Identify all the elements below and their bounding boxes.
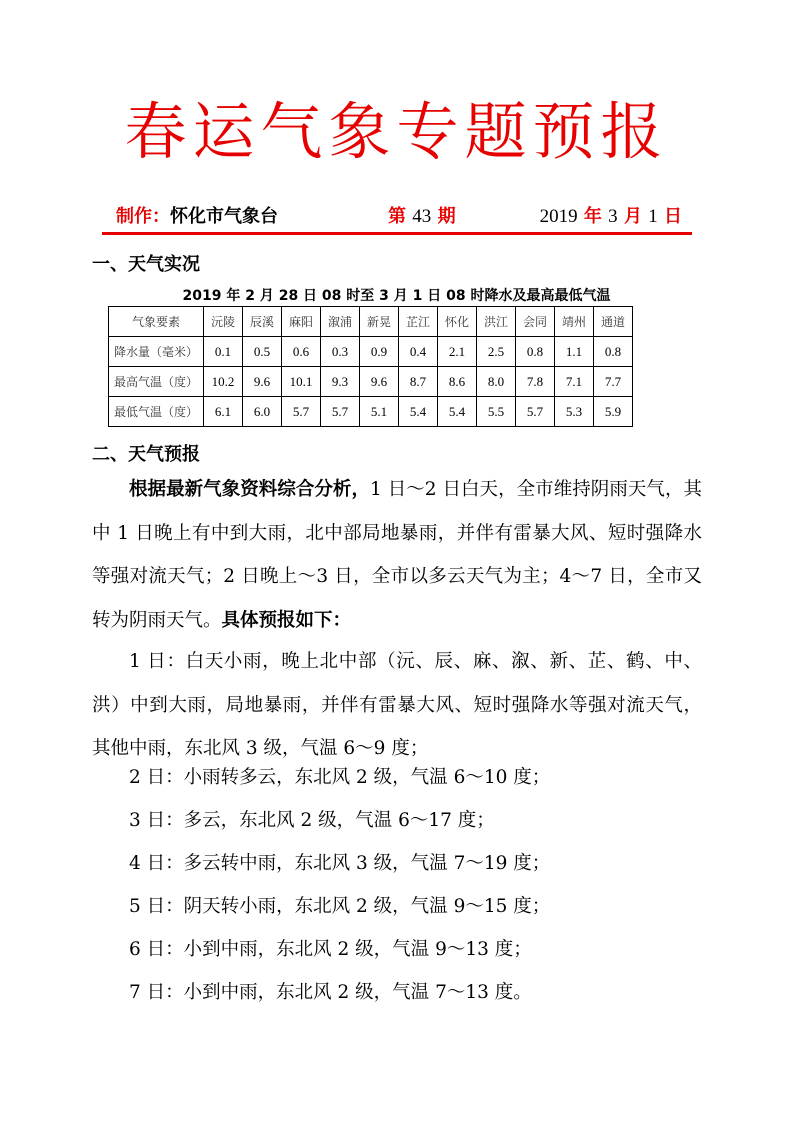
producer-name: 怀化市气象台 (170, 206, 278, 227)
value-cell: 7.1 (555, 367, 594, 397)
value-cell: 5.7 (282, 397, 321, 427)
producer: 制作：怀化市气象台 (116, 202, 278, 228)
station-cell: 洪江 (477, 307, 516, 337)
forecast-day-1: 1 日：白天小雨，晚上北中部（沅、辰、麻、溆、新、芷、鹤、中、洪）中到大雨，局地… (92, 640, 702, 771)
value-cell: 5.7 (321, 397, 360, 427)
value-cell: 9.6 (360, 367, 399, 397)
value-cell: 5.4 (399, 397, 438, 427)
value-cell: 5.7 (516, 397, 555, 427)
table-header-row: 气象要素 沅陵 辰溪 麻阳 溆浦 新晃 芷江 怀化 洪江 会同 靖州 通道 (109, 307, 633, 337)
producer-label: 制作： (116, 206, 170, 227)
row-label: 最低气温（度） (109, 397, 204, 427)
issue-value: 43 (412, 206, 431, 227)
date-day: 1 (648, 206, 658, 227)
value-cell: 8.7 (399, 367, 438, 397)
date-day-unit: 日 (664, 206, 682, 227)
station-cell: 靖州 (555, 307, 594, 337)
row-label: 降水量（毫米） (109, 337, 204, 367)
forecast-day-6: 6 日：小到中雨，东北风 2 级，气温 9～13 度； (129, 935, 532, 961)
forecast-day-3: 3 日：多云，东北风 2 级，气温 6～17 度； (129, 806, 495, 832)
header-cell: 气象要素 (109, 307, 204, 337)
station-cell: 新晃 (360, 307, 399, 337)
summary-tail: 具体预报如下： (222, 610, 352, 631)
forecast-day-4: 4 日：多云转中雨，东北风 3 级，气温 7～19 度； (129, 849, 550, 875)
issue-suffix: 期 (438, 206, 456, 227)
value-cell: 6.0 (243, 397, 282, 427)
value-cell: 0.5 (243, 337, 282, 367)
value-cell: 0.9 (360, 337, 399, 367)
station-cell: 会同 (516, 307, 555, 337)
document-title: 春运气象专题预报 (0, 92, 793, 172)
header-divider (102, 232, 692, 235)
station-cell: 芷江 (399, 307, 438, 337)
station-cell: 怀化 (438, 307, 477, 337)
issue-prefix: 第 (388, 206, 406, 227)
summary-lead: 根据最新气象资料综合分析， (129, 479, 370, 500)
row-label: 最高气温（度） (109, 367, 204, 397)
date-year-unit: 年 (584, 206, 602, 227)
value-cell: 0.8 (516, 337, 555, 367)
value-cell: 0.6 (282, 337, 321, 367)
forecast-day-2: 2 日：小雨转多云，东北风 2 级，气温 6～10 度； (129, 763, 550, 789)
table-row: 最低气温（度） 6.1 6.0 5.7 5.7 5.1 5.4 5.4 5.5 … (109, 397, 633, 427)
forecast-day-7: 7 日：小到中雨，东北风 2 级，气温 7～13 度。 (129, 978, 532, 1004)
document-meta: 制作：怀化市气象台 第 43 期 2019 年 3 月 1 日 (108, 202, 688, 228)
value-cell: 2.1 (438, 337, 477, 367)
value-cell: 5.4 (438, 397, 477, 427)
value-cell: 0.1 (204, 337, 243, 367)
value-cell: 8.6 (438, 367, 477, 397)
value-cell: 7.7 (594, 367, 633, 397)
table-row: 最高气温（度） 10.2 9.6 10.1 9.3 9.6 8.7 8.6 8.… (109, 367, 633, 397)
value-cell: 5.3 (555, 397, 594, 427)
date-month: 3 (608, 206, 618, 227)
observation-table: 气象要素 沅陵 辰溪 麻阳 溆浦 新晃 芷江 怀化 洪江 会同 靖州 通道 降水… (108, 306, 633, 427)
summary-text: 1 日～2 日白天，全市维持阴雨天气，其中 1 日晚上有中到大雨，北中部局地暴雨… (92, 479, 702, 631)
section-heading-observations: 一、天气实况 (92, 250, 200, 276)
value-cell: 0.8 (594, 337, 633, 367)
value-cell: 5.1 (360, 397, 399, 427)
station-cell: 通道 (594, 307, 633, 337)
value-cell: 0.4 (399, 337, 438, 367)
value-cell: 6.1 (204, 397, 243, 427)
value-cell: 10.1 (282, 367, 321, 397)
value-cell: 1.1 (555, 337, 594, 367)
value-cell: 2.5 (477, 337, 516, 367)
value-cell: 8.0 (477, 367, 516, 397)
station-cell: 溆浦 (321, 307, 360, 337)
station-cell: 辰溪 (243, 307, 282, 337)
date-month-unit: 月 (624, 206, 642, 227)
table-caption: 2019 年 2 月 28 日 08 时至 3 月 1 日 08 时降水及最高最… (0, 285, 793, 305)
value-cell: 5.5 (477, 397, 516, 427)
forecast-summary: 根据最新气象资料综合分析，1 日～2 日白天，全市维持阴雨天气，其中 1 日晚上… (92, 468, 702, 642)
value-cell: 5.9 (594, 397, 633, 427)
value-cell: 9.3 (321, 367, 360, 397)
date-year: 2019 (540, 206, 578, 227)
station-cell: 沅陵 (204, 307, 243, 337)
value-cell: 0.3 (321, 337, 360, 367)
value-cell: 10.2 (204, 367, 243, 397)
issue-number: 第 43 期 (388, 202, 456, 228)
station-cell: 麻阳 (282, 307, 321, 337)
section-heading-forecast: 二、天气预报 (92, 440, 200, 466)
value-cell: 9.6 (243, 367, 282, 397)
forecast-day-5: 5 日：阴天转小雨，东北风 2 级，气温 9～15 度； (129, 892, 550, 918)
value-cell: 7.8 (516, 367, 555, 397)
issue-date: 2019 年 3 月 1 日 (540, 202, 682, 228)
table-row: 降水量（毫米） 0.1 0.5 0.6 0.3 0.9 0.4 2.1 2.5 … (109, 337, 633, 367)
